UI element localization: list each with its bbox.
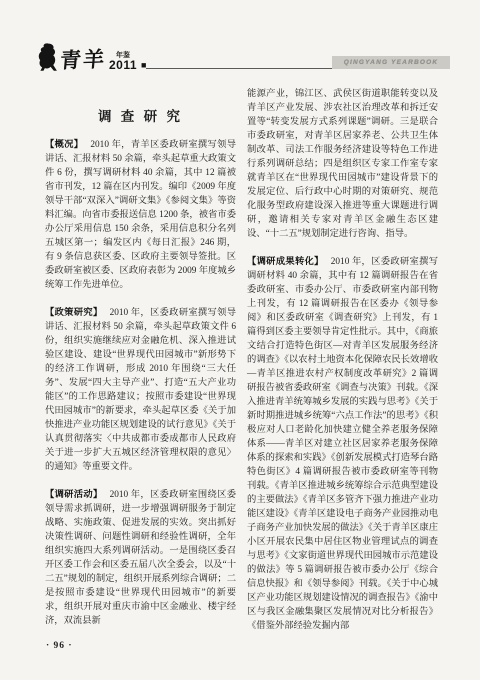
section-label-results-transformation: 【调研成果转化】 (247, 257, 331, 267)
right-column: 能源产业，锦江区、武侯区街道职能转变以及青羊区产业发展、涉农社区治理改革和拆迁安… (247, 87, 438, 643)
paragraph-text: 2010 年，区委政研室围绕区委领导需求抓调研，进一步增强调研服务于制定战略、实… (45, 490, 236, 626)
paragraph-policy-research: 【政策研究】2010 年，区委政研室撰写领导讲话、汇报材料 50 余篇，牵头起草… (45, 306, 236, 474)
page-number: · 96 · (46, 641, 73, 651)
logo-text-qingyang: 青羊 (59, 49, 107, 73)
paragraph-text: 2010 年，区委政研室撰写调研材料 40 余篇，其中有 12 篇调研报告在省委… (247, 257, 438, 631)
logo-square-mark: ■ (141, 61, 146, 72)
goat-silhouette-icon (36, 42, 59, 72)
paragraph-results-transformation: 【调研成果转化】2010 年，区委政研室撰写调研材料 40 余篇，其中有 12 … (247, 255, 438, 633)
section-title: 调 查 研 究 (45, 105, 236, 125)
section-label-research-activities: 【调研活动】 (45, 490, 110, 500)
paragraph-text: 2010 年，区委政研室撰写领导讲话、汇报材料 50 余篇，牵头起草政策文件 6… (45, 308, 236, 472)
yearbook-logo: 青羊 年鉴 2011 ■ (36, 42, 146, 72)
header-banner-text: QINGYANG YEARBOOK (332, 56, 450, 69)
page-header: 青羊 年鉴 2011 ■ QINGYANG YEARBOOK (36, 40, 450, 76)
section-label-policy-research: 【政策研究】 (45, 308, 110, 318)
paragraph-text: 能源产业，锦江区、武侯区街道职能转变以及青羊区产业发展、涉农社区治理改革和拆迁安… (247, 89, 438, 239)
yearbook-scanned-page: 青羊 年鉴 2011 ■ QINGYANG YEARBOOK 调 查 研 究 【… (0, 0, 480, 680)
logo-year-stack: 年鉴 2011 (109, 52, 137, 72)
logo-year: 2011 (109, 59, 137, 71)
left-column: 【概况】2010 年，青羊区委政研室撰写领导讲话、汇报材料 50 余篇，牵头起草… (45, 138, 236, 630)
section-label-overview: 【概况】 (45, 140, 90, 150)
paragraph-continuation: 能源产业，锦江区、武侯区街道职能转变以及青羊区产业发展、涉农社区治理改革和拆迁安… (247, 87, 438, 241)
paragraph-research-activities: 【调研活动】2010 年，区委政研室围绕区委领导需求抓调研，进一步增强调研服务于… (45, 488, 236, 628)
paragraph-overview: 【概况】2010 年，青羊区委政研室撰写领导讲话、汇报材料 50 余篇，牵头起草… (45, 138, 236, 292)
paragraph-text: 2010 年，青羊区委政研室撰写领导讲话、汇报材料 50 余篇，牵头起草重大政策… (45, 140, 236, 290)
